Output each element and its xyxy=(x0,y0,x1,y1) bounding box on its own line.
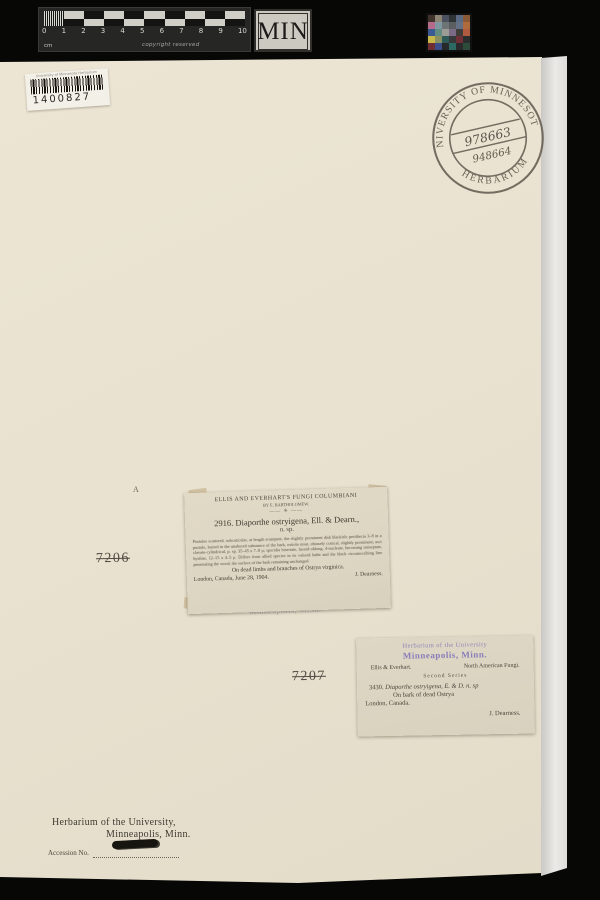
color-chart xyxy=(426,13,472,52)
ruler-segment xyxy=(64,11,84,26)
color-patch xyxy=(456,36,463,43)
sec-label-series: North American Fungi. xyxy=(464,663,520,670)
color-patch xyxy=(428,43,435,50)
color-patch xyxy=(435,22,442,29)
crossed-number-7207: 7207 xyxy=(292,669,326,686)
barcode-label: University of Minnesota Herbarium 140082… xyxy=(25,68,110,111)
pencil-mark-a: A xyxy=(133,485,139,494)
color-patch xyxy=(442,43,449,50)
color-patch xyxy=(449,22,456,29)
color-patch xyxy=(449,29,456,36)
accession-dotted-line xyxy=(93,850,179,858)
ruler-number: 8 xyxy=(199,27,203,35)
color-patch xyxy=(428,15,435,22)
scale-bar: 012345678910 cm copyright reserved xyxy=(38,7,251,52)
color-patch xyxy=(456,29,463,36)
ruler-segment xyxy=(84,11,104,26)
ruler-copyright: copyright reserved xyxy=(142,42,200,48)
main-specimen-label: ELLIS AND EVERHART'S FUNGI COLUMBIANI BY… xyxy=(184,487,391,614)
accession-number-label: Accession No. xyxy=(48,849,89,857)
color-patch xyxy=(449,36,456,43)
ruler-segment xyxy=(44,11,64,26)
color-patch xyxy=(428,36,435,43)
color-patch xyxy=(463,29,470,36)
ruler-number: 9 xyxy=(218,27,222,35)
ruler-number: 6 xyxy=(160,27,164,35)
label-description: Pustules scattered, subcuticular, at len… xyxy=(193,533,383,567)
sec-label-location: London, Canada. xyxy=(365,698,528,708)
label-number: 2916. xyxy=(214,518,233,529)
color-patch xyxy=(456,43,463,50)
sec-label-publisher-row: Ellis & Everhart. North American Fungi. xyxy=(363,663,528,672)
ruler-number: 5 xyxy=(140,27,144,35)
min-code-label: MIN xyxy=(258,13,308,50)
color-patch xyxy=(435,15,442,22)
color-patch xyxy=(428,29,435,36)
color-patch xyxy=(435,29,442,36)
color-patch xyxy=(442,36,449,43)
sec-label-number: 3430. xyxy=(369,684,384,691)
herbarium-sheet-scan: 012345678910 cm copyright reserved MIN U… xyxy=(0,0,600,900)
ruler-segment xyxy=(165,11,185,26)
ruler-number: 2 xyxy=(81,27,85,35)
color-patch xyxy=(449,15,456,22)
ruler-segment xyxy=(225,11,245,26)
sec-label-series-line: Second Series xyxy=(363,672,528,681)
ruler-number: 1 xyxy=(62,27,66,35)
sec-label-stamp-line2: Minneapolis, Minn. xyxy=(362,649,527,662)
color-patch xyxy=(435,43,442,50)
color-patch xyxy=(456,22,463,29)
ruler-blocks xyxy=(44,11,245,26)
color-patch xyxy=(435,36,442,43)
ruler-number: 10 xyxy=(238,27,247,35)
color-patch xyxy=(428,22,435,29)
ruler-number: 0 xyxy=(42,27,46,35)
color-patch xyxy=(463,36,470,43)
color-patch xyxy=(463,43,470,50)
ruler-number: 7 xyxy=(179,27,183,35)
ruler-unit-label: cm xyxy=(44,43,52,49)
ruler-segment xyxy=(205,11,225,26)
label-collector: J. Dearness. xyxy=(355,571,383,578)
color-patch xyxy=(442,29,449,36)
color-patch xyxy=(463,15,470,22)
color-patch xyxy=(449,43,456,50)
color-patch xyxy=(463,22,470,29)
accession-stamp-line1: Herbarium of the University, xyxy=(52,817,176,828)
ruler-number: 4 xyxy=(120,27,124,35)
ruler-number: 3 xyxy=(101,27,105,35)
min-code-box: MIN xyxy=(254,9,312,52)
ruler-numbers: 012345678910 xyxy=(42,27,247,35)
color-patch xyxy=(456,15,463,22)
color-patch xyxy=(442,15,449,22)
ruler-segment xyxy=(104,11,124,26)
label-location-date: London, Canada, June 28, 1904. xyxy=(194,575,269,583)
ruler-segment xyxy=(124,11,144,26)
color-patch xyxy=(442,22,449,29)
ruler-segment xyxy=(144,11,164,26)
crossed-number-7206: 7206 xyxy=(96,551,130,568)
secondary-specimen-label: Herbarium of the University Minneapolis,… xyxy=(356,635,535,736)
sec-label-publisher: Ellis & Everhart. xyxy=(371,665,412,672)
sec-label-collector: J. Dearness. xyxy=(363,710,520,720)
ruler-segment xyxy=(185,11,205,26)
